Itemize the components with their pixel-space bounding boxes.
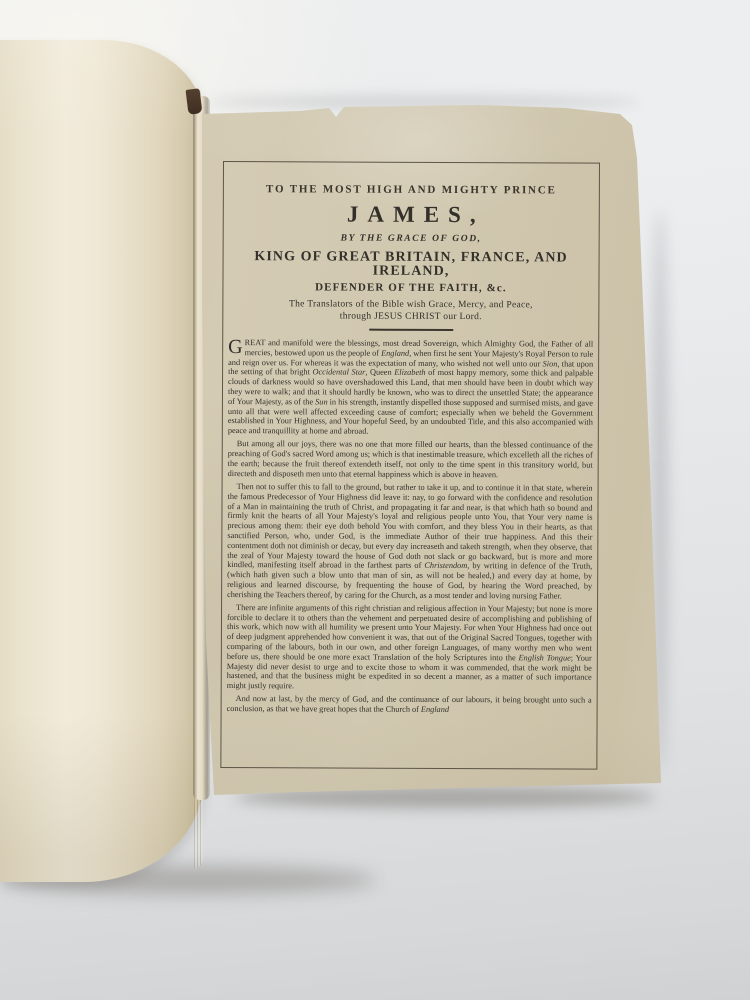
dedication-salutation: TO THE MOST HIGH AND MIGHTY PRINCE	[224, 184, 599, 197]
dedication-king-line: KING OF GREAT BRITAIN, FRANCE, AND IRELA…	[223, 250, 598, 280]
dedication-translators-line1: The Translators of the Bible wish Grace,…	[223, 299, 598, 311]
curled-blank-pages	[0, 40, 203, 882]
body-paragraphs: GREAT and manifold were the blessings, m…	[222, 338, 599, 716]
spine-tip	[186, 88, 203, 115]
body-paragraph: And now at last, by the mercy of God, an…	[227, 694, 592, 715]
dropcap-letter: G	[228, 338, 245, 356]
dedication-translators-line2: through JESUS CHRIST our Lord.	[223, 311, 598, 323]
heading-rule	[369, 329, 453, 331]
photo-background: TO THE MOST HIGH AND MIGHTY PRINCE JAMES…	[0, 0, 750, 1000]
body-paragraph: Then not to suffer this to fall to the g…	[227, 482, 593, 601]
dedication-royal-name: JAMES,	[224, 203, 599, 227]
body-paragraph: But among all our joys, there was no one…	[228, 439, 593, 480]
dedication-by-grace: BY THE GRACE OF GOD,	[224, 233, 599, 245]
dedication-border-box: TO THE MOST HIGH AND MIGHTY PRINCE JAMES…	[220, 161, 600, 770]
body-paragraph: GREAT and manifold were the blessings, m…	[228, 338, 593, 438]
dedication-defender-line: DEFENDER OF THE FAITH, &c.	[223, 282, 598, 295]
body-paragraph: There are infinite arguments of this rig…	[227, 603, 592, 693]
